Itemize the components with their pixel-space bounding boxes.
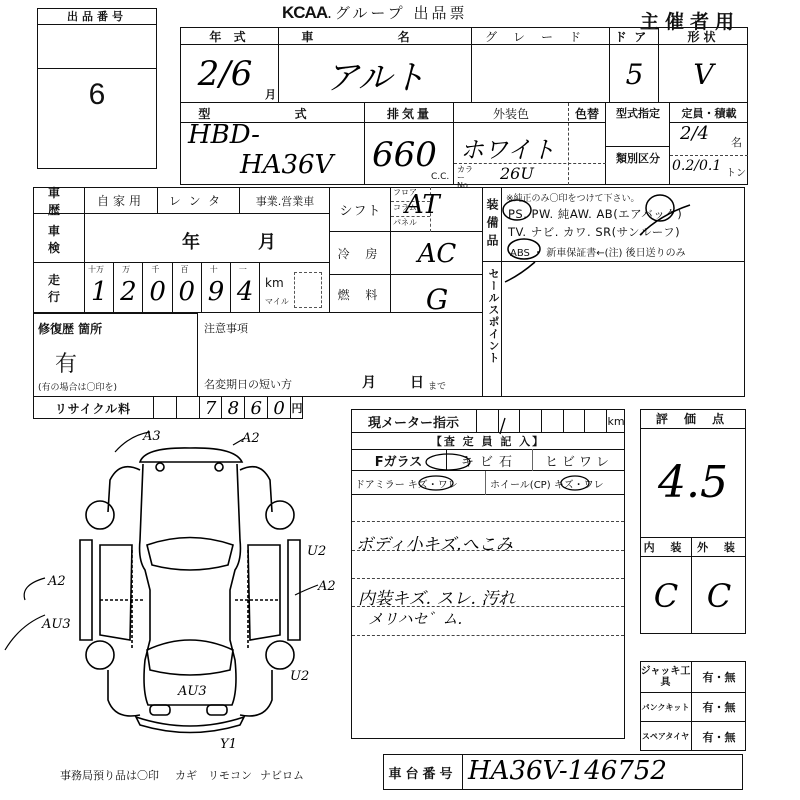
jack-label: ジャッキ工具 [640,661,692,692]
inspection-year: 年 [182,228,200,254]
meter-label: 現メーター指示 [351,409,476,433]
meter-digit [541,409,563,433]
mark-rear-right: A2 [241,431,260,446]
year-value: 2/6 [180,45,270,103]
name-change-month: 月 [362,372,376,392]
mark-bumper: Y1 [220,737,237,750]
color-no-value: 26U [500,164,534,183]
name-change-day: 日 [410,372,424,392]
color-label: 外装色 [454,103,568,123]
digit-value: 1 [91,277,108,307]
puncture-kit-label: パンクキット [640,693,692,721]
office-note: 事務局預り品は〇印 [60,767,159,783]
chassis-label: 車台番号 [383,754,463,790]
recycle-digits: 7 8 6 0 円 [153,397,303,419]
digit-value: 0 [149,277,166,307]
header-title: KCAA.グループ 出品票 [282,2,467,23]
type-designation-label: 型式指定 [606,103,670,123]
title-suffix: .グループ 出品票 [327,4,467,22]
recycle-unit: 円 [290,397,303,419]
score-value: 4.5 [640,430,746,535]
wheel-label: ホイール(CP) キズ・ワレ [490,476,604,491]
spare-tire-value[interactable]: 有・無 [692,722,746,751]
history-option-business: 事業.営業車 [239,187,330,214]
mark-right-rear: U2 [307,544,326,559]
name-change-until: まで [428,379,446,392]
digit-value: 4 [237,277,254,307]
office-item-key: カギ [175,767,197,783]
capacity-load-unit: トン [726,164,746,179]
fuel-label: 燃 料 [330,275,391,313]
lot-number-lower-frame [37,70,157,169]
inspector-note-3: メリハセ゛ム. [368,608,462,629]
displacement-value: 660 [372,135,437,175]
accessory-row-spare-tire: スペアタイヤ 有・無 [640,722,746,751]
sales-point-label: セールスポイント [485,268,501,393]
repair-label: 修復歴 箇所 [38,320,102,337]
ac-value: AC [391,232,483,275]
month-suffix: 月 [265,86,276,102]
accessory-row-puncture-kit: パンクキット 有・無 [640,693,746,722]
category-label: 類別区分 [606,148,670,168]
digit-label: 千 [151,264,159,275]
meter-digit [584,409,606,433]
repair-note: (有の場合は〇印を) [38,380,117,393]
kcaa-logo: KCAA [282,3,327,22]
equipment-line-1: PS. PW. 純AW. AB(エアバック) [508,206,682,222]
capacity-load: 0.2/0.1 [672,158,721,174]
shift-value: AT [405,190,440,220]
wheel-options: キズ・ワレ [554,480,604,491]
interior-value: C [640,557,692,634]
shift-label: シフト [330,187,391,232]
car-diagram: A3 A2 U2 A2 AU3 A2 U2 AU3 Y1 [0,420,345,750]
meter-digit [519,409,541,433]
doors-label: ドア [610,27,659,45]
note-line [352,635,624,636]
repair-value: 有 [55,347,77,378]
inspector-note-1: ボディ小キズ.へこみ [356,530,513,555]
mirror-label-text: ドアミラー [355,480,405,491]
crack-label: ヒビワレ [532,449,625,471]
digit-label: 十 [210,264,218,275]
displacement-label: 排気量 [365,103,454,123]
mileage-digits: 十万1 万2 千0 百0 十9 一4 [85,263,260,313]
chassis-value: HA36V-146752 [468,756,667,786]
grade-label: グレード [472,27,610,45]
exterior-value: C [692,557,746,634]
office-item-remote: リモコン [208,767,252,783]
inspector-note-2: 内装キズ. スレ. 汚れ [358,584,515,609]
history-option-private: 自家用 [85,187,157,214]
exterior-label: 外 装 [692,537,746,557]
chip-label: キビ石 [447,449,532,471]
doors-value: 5 [610,45,659,103]
capacity-label: 定員・積載 [670,103,748,123]
ac-label: 冷 房 [330,232,391,275]
color-change-label: 色替 [568,103,606,123]
meter-digit [476,409,498,433]
inspector-section-label: 【査 定 員 記 入】 [351,433,625,449]
wheel-label-text: ホイール(CP) [490,480,551,491]
note-line [352,521,624,522]
note-line [352,578,624,579]
caution-label: 注意事項 [204,320,248,336]
mileage-unit-mile: マイル [265,296,289,307]
recycle-digit [176,397,199,419]
displacement-unit: C.C. [431,172,449,182]
interior-label: 内 装 [640,537,692,557]
name-change-label: 名変期日の短い方 [204,376,292,392]
puncture-kit-value[interactable]: 有・無 [692,693,746,721]
divider [485,471,486,495]
digit-label: 十万 [88,264,104,275]
name-label: 車 名 [279,27,472,45]
accessory-row-jack: ジャッキ工具 有・無 [640,661,746,693]
mirror-options: キズ・ワレ [408,480,458,491]
meter-digits: km [476,409,625,433]
recycle-digit: 6 [244,397,267,419]
capacity-persons: 2/4 [680,123,709,144]
capacity-persons-unit: 名 [731,134,742,150]
digit-label: 万 [122,264,130,275]
category-divider [606,146,670,147]
mark-right-front: U2 [290,669,309,684]
mileage-digit-cell: 千0 [143,263,172,313]
mark-hood: AU3 [177,684,207,699]
recycle-digit: 8 [221,397,244,419]
mark-right-door: A2 [317,579,336,594]
name-value: アルト [279,45,472,103]
inspection-label: 車 検 [33,214,85,263]
glass-label: Fガラス [351,449,447,471]
capacity-divider [670,155,748,156]
mark-rear-left: A3 [142,429,161,444]
fuel-value: G [391,275,483,323]
mileage-unit-checkbox[interactable] [294,272,322,308]
digit-value: 2 [120,277,137,307]
mileage-digit-cell: 万2 [114,263,143,313]
recycle-digit: 0 [267,397,290,419]
mark-left-sill: AU3 [41,617,71,632]
digit-label: 百 [181,264,189,275]
model-value-1: HBD- [188,120,260,150]
equipment-label: 装備品 [483,190,502,260]
digit-value: 0 [179,277,196,307]
meter-digit [498,409,520,433]
equipment-line-3: ABS ・ 新車保証書←(注) 後日送りのみ [510,244,686,259]
office-item-navirom: ナビロム [260,767,304,783]
year-label: 年 式 [180,27,279,45]
mileage-unit-km: km [265,276,284,290]
recycle-digit: 7 [199,397,222,419]
meter-digit [563,409,585,433]
shape-value: V [659,45,748,103]
color-value: ホワイト [460,130,555,165]
recycle-label: リサイクル料 [33,397,153,419]
inspection-month: 月 [258,228,276,254]
history-option-rental: レンタ [157,187,239,214]
digit-value: 9 [208,277,225,307]
score-label: 評 価 点 [640,409,746,429]
mileage-digit-cell: 十万1 [85,263,114,313]
history-label: 車 歴 [33,187,85,214]
recycle-digit [153,397,176,419]
meter-unit: km [606,409,625,433]
equipment-note: ※純正のみ〇印をつけて下さい。 [506,191,640,204]
mark-left-door: A2 [47,574,66,589]
model-value-2: HA36V [240,150,333,180]
spare-tire-label: スペアタイヤ [640,722,692,751]
digit-label: 一 [239,264,247,275]
mileage-digit-cell: 十9 [202,263,231,313]
mileage-label: 走 行 [33,263,85,313]
mileage-digit-cell: 百0 [173,263,202,313]
shape-label: 形状 [659,27,748,45]
equipment-line-2: TV. ナビ. カワ. SR(サンルーフ) [508,224,680,240]
mileage-digit-cell: 一4 [231,263,260,313]
jack-value[interactable]: 有・無 [692,661,746,692]
grade-value [472,45,610,103]
mirror-label: ドアミラー キズ・ワレ [355,476,458,491]
